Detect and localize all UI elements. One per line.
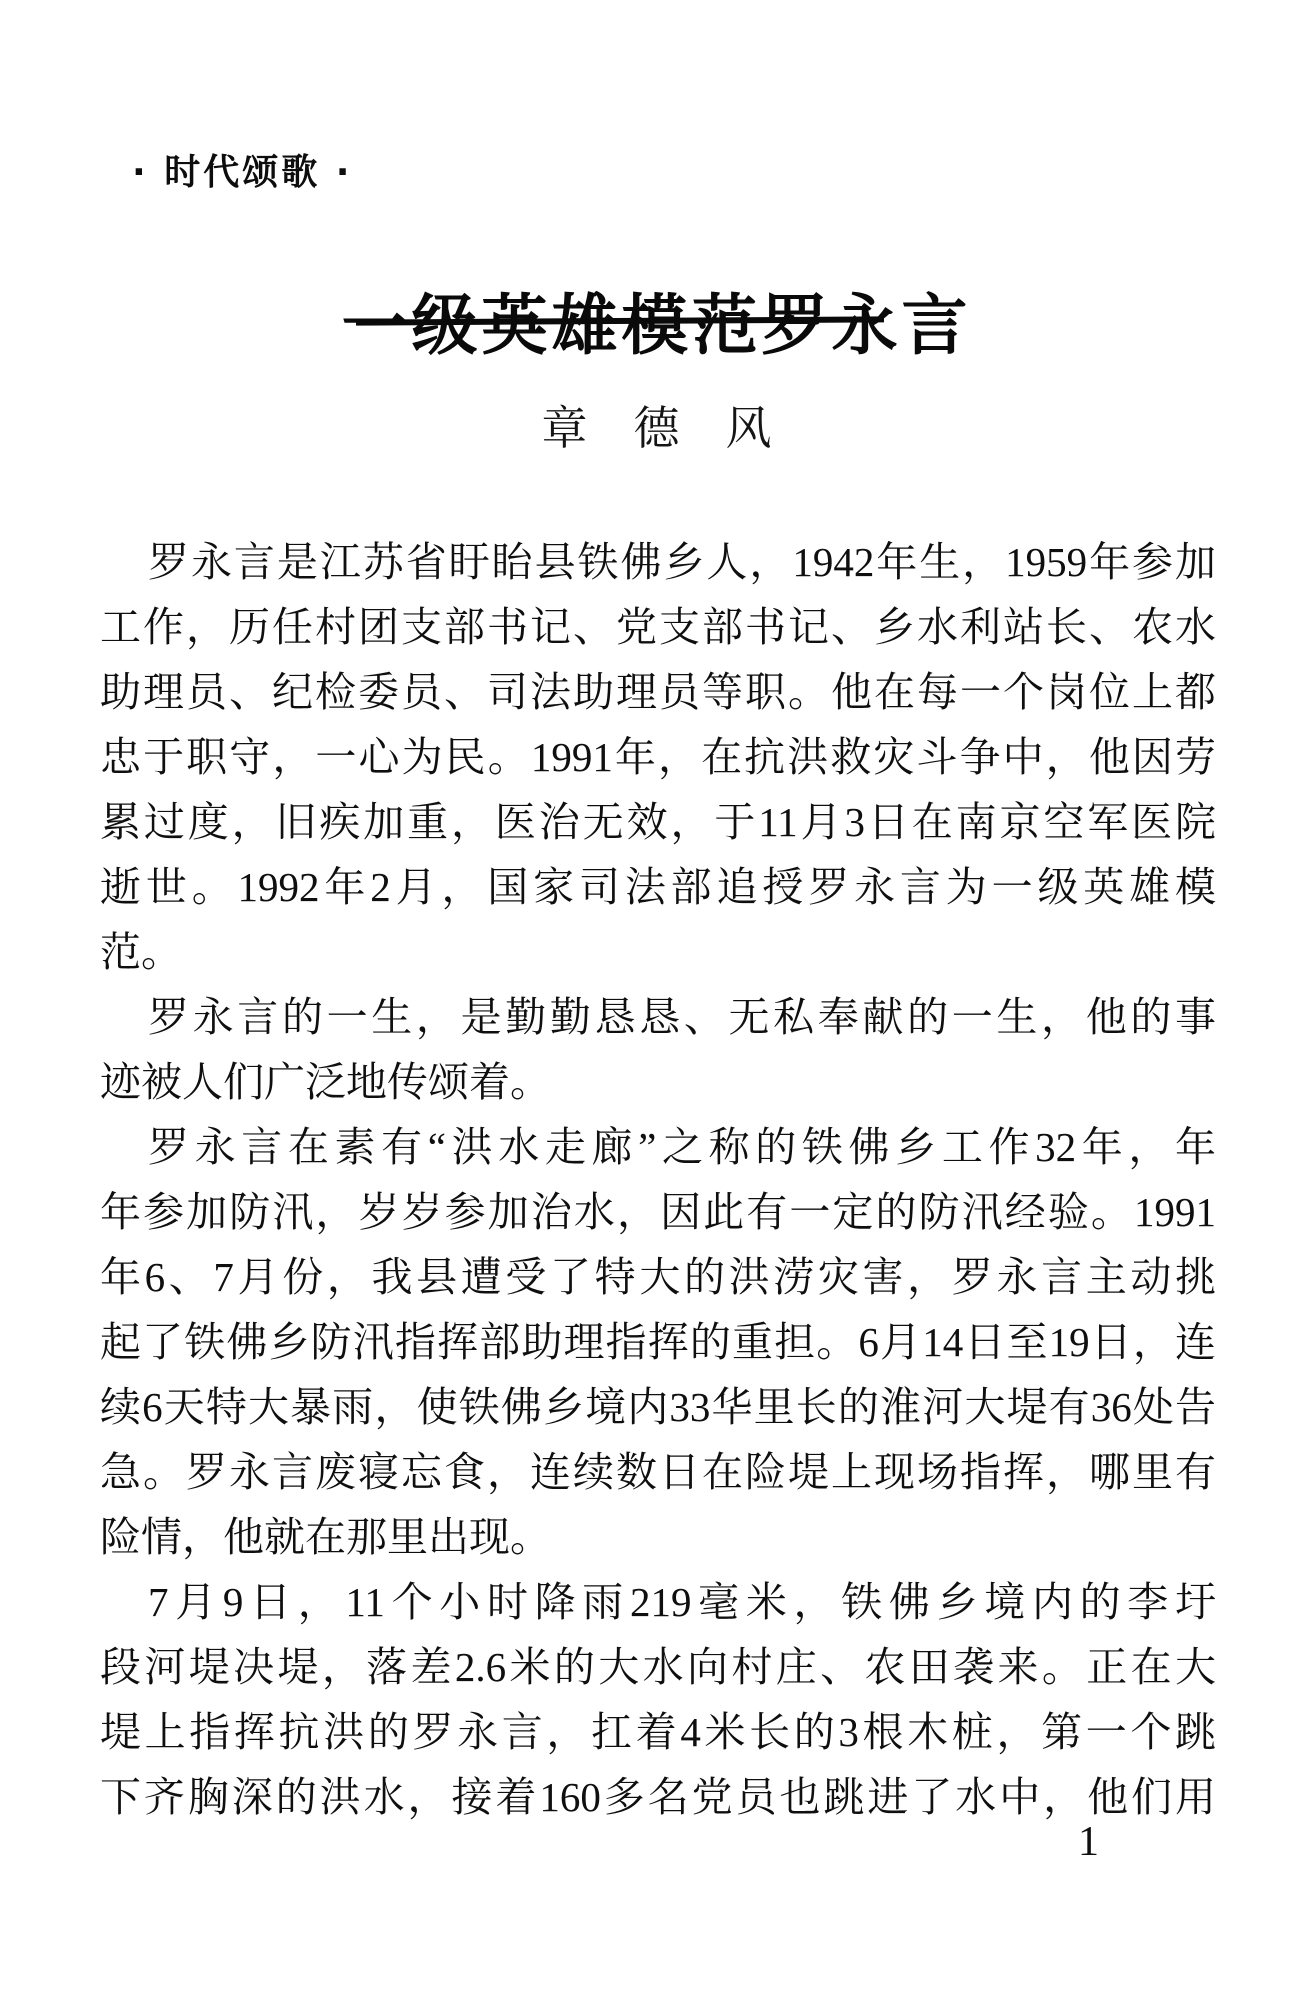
text-line: 工作，历任村团支部书记、党支部书记、乡水利站长、农水 <box>100 595 1216 660</box>
text-line: 逝世。1992年2月，国家司法部追授罗永言为一级英雄模 <box>100 855 1216 920</box>
text-line: 7月9日，11个小时降雨219毫米，铁佛乡境内的李圩 <box>100 1570 1216 1635</box>
text-line: 年6、7月份，我县遭受了特大的洪涝灾害，罗永言主动挑 <box>100 1245 1216 1310</box>
text-line: 忠于职守，一心为民。1991年，在抗洪救灾斗争中，他因劳 <box>100 725 1216 790</box>
text-line: 起了铁佛乡防汛指挥部助理指挥的重担。6月14日至19日，连 <box>100 1310 1216 1375</box>
text-line: 下齐胸深的洪水，接着160多名党员也跳进了水中，他们用 <box>100 1765 1216 1830</box>
article-body: 罗永言是江苏省盱眙县铁佛乡人，1942年生，1959年参加 工作，历任村团支部书… <box>100 530 1216 1830</box>
text-line: 迹被人们广泛地传颂着。 <box>100 1050 1216 1115</box>
text-line: 急。罗永言废寝忘食，连续数日在险堤上现场指挥，哪里有 <box>100 1440 1216 1505</box>
author-name: 章 德 风 <box>0 392 1313 458</box>
scanned-book-page: · 时代颂歌 · 一级英雄模范罗永言 章 德 风 罗永言是江苏省盱眙县铁佛乡人，… <box>0 0 1313 2004</box>
section-label: · 时代颂歌 · <box>132 144 352 195</box>
text-line: 段河堤决堤，落差2.6米的大水向村庄、农田袭来。正在大 <box>100 1635 1216 1700</box>
text-line: 累过度，旧疾加重，医治无效，于11月3日在南京空军医院 <box>100 790 1216 855</box>
text-line: 年参加防汛，岁岁参加治水，因此有一定的防汛经验。1991 <box>100 1180 1216 1245</box>
page-number: 1 <box>1078 1818 1099 1866</box>
text-line: 罗永言在素有“洪水走廊”之称的铁佛乡工作32年，年 <box>100 1115 1216 1180</box>
text-line: 罗永言的一生，是勤勤恳恳、无私奉献的一生，他的事 <box>100 985 1216 1050</box>
text-line: 助理员、纪检委员、司法助理员等职。他在每一个岗位上都 <box>100 660 1216 725</box>
text-line: 罗永言是江苏省盱眙县铁佛乡人，1942年生，1959年参加 <box>100 530 1216 595</box>
text-line: 险情，他就在那里出现。 <box>100 1505 1216 1570</box>
text-line: 堤上指挥抗洪的罗永言，扛着4米长的3根木桩，第一个跳 <box>100 1700 1216 1765</box>
text-line: 续6天特大暴雨，使铁佛乡境内33华里长的淮河大堤有36处告 <box>100 1375 1216 1440</box>
text-line: 范。 <box>100 920 1216 985</box>
